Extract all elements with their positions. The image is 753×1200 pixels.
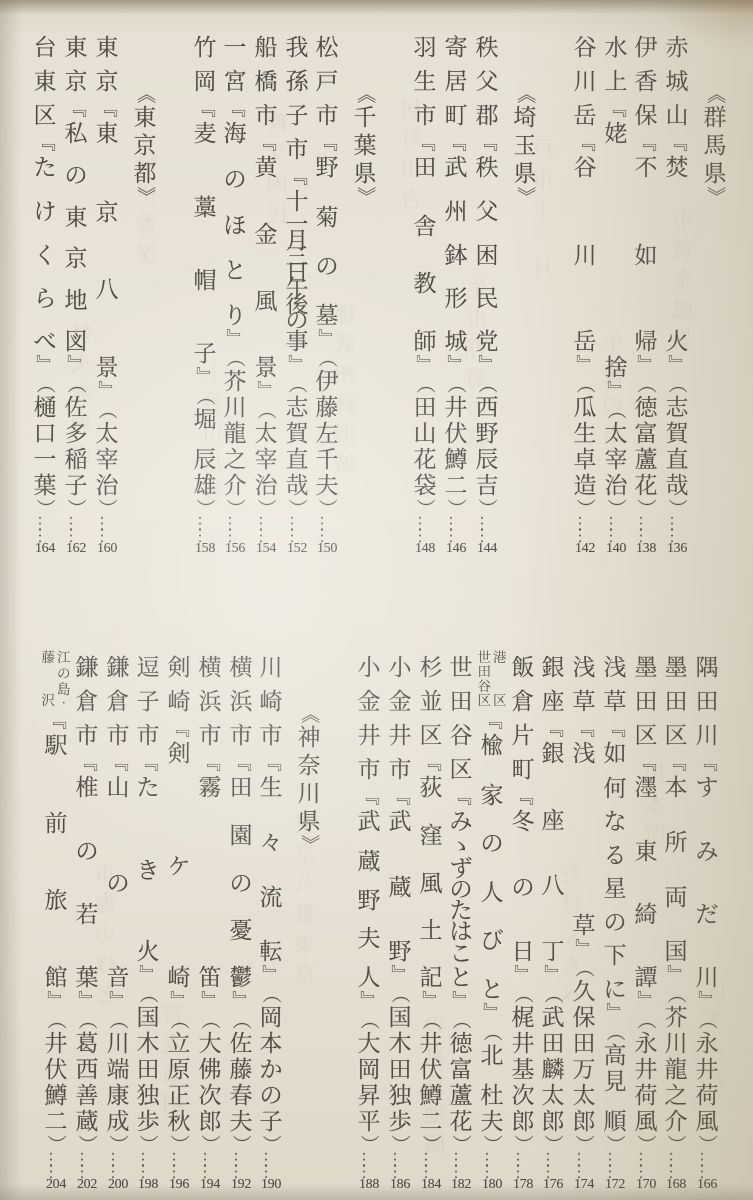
- author-char: 川: [218, 394, 252, 420]
- author-char: 木: [131, 1030, 165, 1056]
- author-char: 鱒: [39, 1082, 73, 1108]
- author-open-paren: （: [421, 1003, 441, 1037]
- toc-entry-152: 我孫子市『十一月三日午後の事』（志賀直哉）……152: [280, 30, 314, 557]
- toc-entry-158: 竹岡『麦藁帽子』（堀辰雄）……158: [188, 30, 222, 557]
- toc-entry-154: 船橋市『黄金風景』（太宰治）……154: [249, 30, 283, 557]
- entry-location-and-title-start: 一宮『海: [218, 30, 252, 148]
- author-char: 杜: [475, 1082, 509, 1108]
- location-char: 田: [444, 684, 478, 718]
- title-char: 金: [249, 221, 283, 248]
- leader-dots: …: [609, 1155, 621, 1189]
- entry-title-spread: の東京地: [59, 148, 93, 328]
- title-open-quote: 『: [667, 125, 687, 159]
- entry-title-spread: 如: [629, 182, 663, 328]
- title-open-quote: 『: [169, 711, 189, 745]
- entry-location-and-title-start: 水上『姥: [599, 30, 633, 148]
- section-header-char: 玉: [514, 131, 537, 159]
- author-char: 田: [131, 1056, 165, 1082]
- toc-entry-146: 寄居町『武州鉢形城』（井伏鱒二）……146: [439, 30, 473, 557]
- author-open-paren: （: [666, 977, 686, 1011]
- author-char: 直: [660, 446, 694, 472]
- author-char: 之: [218, 446, 252, 472]
- title-char: ら: [28, 285, 62, 312]
- location-char: の: [57, 666, 71, 681]
- title-char: 父: [470, 198, 504, 225]
- section-header-char: 埼: [514, 103, 537, 131]
- toc-entry-138: 伊香保『不如帰』（徳富蘆花）……138: [629, 30, 663, 557]
- leader-dots: …: [101, 519, 113, 553]
- author-open-paren: （: [77, 1003, 97, 1037]
- author-open-paren: （: [451, 1003, 471, 1037]
- author-char: 次: [506, 1082, 540, 1108]
- title-char: 流: [254, 884, 288, 911]
- entry-author-and-page: 野』（国木田独歩）……186: [383, 938, 417, 1193]
- title-char: 帽: [188, 267, 222, 294]
- title-char: 鉢: [439, 242, 473, 269]
- author-char: 太: [567, 1082, 601, 1108]
- title-char: 東: [59, 204, 93, 231]
- entry-location-and-title-start: 竹岡『麦: [188, 30, 222, 148]
- section-header-char: 京: [134, 131, 157, 159]
- entry-author-and-page: 師』（田山花袋）……148: [408, 328, 442, 557]
- author-char: 康: [101, 1082, 135, 1108]
- location-char: 剣: [162, 650, 196, 684]
- author-char: 賀: [280, 420, 314, 446]
- leader-dots: …: [425, 1155, 437, 1189]
- author-open-paren: （: [574, 951, 594, 985]
- entry-title-spread: のほと: [218, 148, 252, 302]
- title-char: の: [218, 166, 252, 193]
- entry-title-spread: けくら: [28, 182, 62, 328]
- location-char: 小: [352, 650, 386, 684]
- author-open-paren: （: [359, 1003, 379, 1037]
- author-char: 賀: [660, 420, 694, 446]
- author-char: 稲: [59, 446, 93, 472]
- location-two-part: 港区世田谷区: [478, 650, 507, 708]
- author-char: 荷: [690, 1082, 724, 1108]
- leader-dots: …: [235, 1155, 247, 1189]
- location-part: 世田谷区: [478, 650, 492, 708]
- location-char: 香: [629, 64, 663, 98]
- author-open-paren: （: [225, 341, 245, 375]
- entry-author-and-page: 帰』（徳富蘆花）……138: [629, 328, 663, 557]
- leader-dots: …: [199, 519, 211, 553]
- location-char: 逗: [131, 650, 165, 684]
- location-char: 横: [193, 650, 227, 684]
- title-open-quote: 『: [575, 125, 595, 159]
- title-char: 々: [254, 829, 288, 856]
- entry-location-and-title-start: 川崎市『生: [254, 650, 288, 802]
- title-open-quote: 『: [636, 745, 656, 779]
- leader-dots: …: [455, 1155, 467, 1189]
- entry-location-and-title-start: 銀座『銀: [536, 650, 570, 768]
- author-char: 鱒: [439, 446, 473, 472]
- title-char: の: [280, 312, 314, 328]
- title-char: 窪: [414, 822, 448, 849]
- title-open-quote: 『: [66, 91, 86, 125]
- title-char: 風: [414, 870, 448, 897]
- section-header-char: 県: [354, 159, 377, 187]
- title-char: 困: [470, 242, 504, 269]
- author-char: 本: [254, 1030, 288, 1056]
- author-char: 富: [629, 420, 663, 446]
- entry-location-and-title-start: 浅草『浅: [567, 650, 601, 768]
- entry-author-and-page: と』（北杜夫）……180: [475, 976, 509, 1193]
- author-char: 千: [310, 446, 344, 472]
- author-char: 伏: [439, 420, 473, 446]
- location-char: 川: [568, 64, 602, 98]
- section-header-char: 千: [354, 103, 377, 131]
- entry-author-and-page: 日』（梶井基次郎）……178: [506, 938, 540, 1193]
- location-part: 港区: [493, 650, 507, 708]
- author-char: 卓: [568, 446, 602, 472]
- entry-location-and-title-start: 小金井市『武: [383, 650, 417, 836]
- title-char: 座: [536, 807, 570, 834]
- author-open-paren: （: [575, 367, 595, 401]
- location-char: 浅: [598, 650, 632, 684]
- author-char: 一: [28, 446, 62, 472]
- title-char: 野: [352, 887, 386, 914]
- title-char: 風: [249, 288, 283, 315]
- title-char: 何: [598, 775, 632, 802]
- section-header-tokyo: 《東京都》: [134, 85, 157, 205]
- author-char: 辰: [188, 446, 222, 472]
- title-char: 東: [629, 838, 663, 865]
- title-open-quote: 『: [390, 779, 410, 813]
- entry-location-and-title-start: 剣崎『剣: [162, 650, 196, 768]
- entry-location-and-title-start: 船橋市『黄: [249, 30, 283, 182]
- location-char: 江: [57, 650, 71, 665]
- section-column-chiba: 《千葉県》: [348, 30, 382, 557]
- section-open-bracket: 《: [136, 83, 154, 106]
- entry-author-and-page: 景』（太宰治）……160: [90, 354, 124, 557]
- title-char: と: [218, 257, 252, 284]
- author-open-paren: （: [46, 1003, 66, 1037]
- toc-entry-186: 小金井市『武蔵野』（国木田独歩）……186: [383, 650, 417, 1193]
- location-char: 横: [224, 650, 258, 684]
- section-column-gunma: 《群馬県》: [698, 30, 732, 557]
- section-close-bracket: 》: [356, 185, 374, 208]
- section-header-char: 群: [704, 103, 727, 131]
- entry-title-spread: 一月三日午後の: [280, 216, 314, 328]
- entry-author-and-page: 草』（久保田万太郎）……174: [567, 912, 601, 1193]
- author-char: 木: [383, 1030, 417, 1056]
- title-open-quote: 『: [606, 91, 626, 125]
- entry-title-spread: の: [101, 802, 135, 964]
- toc-entry-172: 浅草『如何なる星の下に』（高見順）……172: [598, 650, 632, 1193]
- location-char: 並: [414, 684, 448, 718]
- author-char: 西: [70, 1056, 104, 1082]
- toc-entry-150: 松戸市『野菊の墓』（伊藤左千夫）……150: [310, 30, 344, 557]
- title-open-quote: 『: [225, 91, 245, 125]
- location-char: 杉: [414, 650, 448, 684]
- entry-title-spread: 蔵: [383, 836, 417, 938]
- location-char: 銀: [536, 650, 570, 684]
- author-open-paren: （: [390, 977, 410, 1011]
- author-char: 野: [470, 420, 504, 446]
- entry-location-and-title-start: 港区世田谷区『楡: [475, 650, 509, 760]
- author-char: 井: [690, 1056, 724, 1082]
- location-char: 我: [280, 30, 314, 64]
- title-open-quote: 『: [261, 745, 281, 779]
- author-open-paren: （: [477, 367, 497, 401]
- author-char: 基: [506, 1056, 540, 1082]
- section-column-saitama: 《埼玉県》: [508, 30, 542, 557]
- leader-dots: …: [450, 519, 462, 553]
- section-header-char: 東: [134, 103, 157, 131]
- entry-location-and-title-start: 寄居町『武: [439, 30, 473, 182]
- location-char: 崎: [254, 684, 288, 718]
- toc-entry-194: 横浜市『霧笛』（大佛次郎）……194: [193, 650, 227, 1193]
- author-open-paren: （: [66, 367, 86, 401]
- entry-title-spread: 川: [568, 182, 602, 328]
- author-open-paren: （: [606, 393, 626, 427]
- title-char: 川: [568, 242, 602, 269]
- leader-dots: …: [321, 519, 333, 553]
- entry-title-spread: 座八: [536, 768, 570, 938]
- location-char: 秩: [470, 30, 504, 64]
- entry-location-and-title-start: 墨田区『本: [659, 650, 693, 802]
- author-char: 藤: [224, 1056, 258, 1082]
- title-open-quote: 『: [108, 745, 128, 779]
- title-open-quote: 『: [97, 91, 117, 125]
- author-char: 宰: [249, 446, 283, 472]
- author-char: 宰: [90, 446, 124, 472]
- title-char: 如: [629, 242, 663, 269]
- toc-entry-204: 江の島・藤沢『駅前旅館』（井伏鱒二）……204: [39, 650, 73, 1193]
- title-char: ほ: [218, 212, 252, 239]
- toc-entry-168: 墨田区『本所両国』（芥川龍之介）……168: [659, 650, 693, 1193]
- section-header-char: 都: [134, 159, 157, 187]
- leader-dots: …: [394, 1155, 406, 1189]
- toc-entry-188: 小金井市『武蔵野夫人』（大岡昇平）……188: [352, 650, 386, 1193]
- entry-author-and-page: 転』（岡本かの子）……190: [254, 938, 288, 1193]
- author-char: 荷: [629, 1082, 663, 1108]
- location-char: 金: [383, 684, 417, 718]
- location-char: 城: [660, 64, 694, 98]
- title-char: の: [475, 830, 509, 857]
- entry-title-spread: 何なる星の下: [598, 768, 632, 976]
- toc-entry-200: 鎌倉市『山の音』（川端康成）……200: [101, 650, 135, 1193]
- author-open-paren: （: [667, 367, 687, 401]
- author-char: 山: [408, 420, 442, 446]
- title-char: 民: [470, 285, 504, 312]
- title-open-quote: 『: [77, 745, 97, 779]
- section-header-char: 神: [298, 723, 321, 751]
- entry-title-spread: 園の憂: [224, 802, 258, 964]
- title-open-quote: 『: [513, 779, 533, 813]
- location-char: 谷: [444, 718, 478, 752]
- location-char: 鎌: [70, 650, 104, 684]
- entry-author-and-page: 火』（国木田独歩）……198: [131, 938, 165, 1193]
- entry-location-and-title-start: 秩父郡『秩: [470, 30, 504, 182]
- entry-location-and-title-start: 杉並区『荻: [414, 650, 448, 802]
- author-open-paren: （: [195, 379, 215, 413]
- entry-location-and-title-start: 鎌倉市『山: [101, 650, 135, 802]
- title-char: だ: [690, 901, 724, 928]
- author-open-paren: （: [317, 341, 337, 375]
- toc-entry-140: 水上『姥捨』（太宰治）……140: [599, 30, 633, 557]
- title-char: の: [310, 253, 344, 280]
- section-header-char: 県: [514, 159, 537, 187]
- author-char: 正: [162, 1082, 196, 1108]
- title-char: き: [131, 857, 165, 884]
- title-open-quote: 『: [605, 711, 625, 745]
- title-char: 八: [90, 276, 124, 303]
- entry-author-and-page: 鬱』（佐藤春夫）……192: [224, 964, 258, 1193]
- entry-title-spread: [193, 802, 227, 964]
- leader-dots: …: [670, 1155, 682, 1189]
- leader-dots: …: [363, 1155, 375, 1189]
- location-char: 孫: [280, 64, 314, 98]
- location-char: 隅: [690, 650, 724, 684]
- title-char: 所: [659, 829, 693, 856]
- title-char: ず: [444, 857, 478, 878]
- section-close-bracket: 》: [516, 185, 534, 208]
- location-char: 田: [629, 684, 663, 718]
- entry-title-spread: 窪風土: [414, 802, 448, 964]
- author-char: 直: [280, 446, 314, 472]
- author-open-paren: （: [169, 1003, 189, 1037]
- author-char: の: [254, 1082, 288, 1108]
- title-char: 蔵: [352, 848, 386, 875]
- location-char: 父: [470, 64, 504, 98]
- location-char: 赤: [660, 30, 694, 64]
- title-open-quote: 『: [446, 125, 466, 159]
- title-open-quote: 『: [200, 745, 220, 779]
- toc-entry-192: 横浜市『田園の憂鬱』（佐藤春夫）……192: [224, 650, 258, 1193]
- author-name-space: [188, 432, 222, 446]
- author-char: 口: [28, 420, 62, 446]
- title-char: の: [444, 879, 478, 900]
- toc-entry-144: 秩父郡『秩父困民党』（西野辰吉）……144: [470, 30, 504, 557]
- author-open-paren: （: [446, 367, 466, 401]
- entry-title-spread: 舎教: [408, 182, 442, 328]
- title-open-quote: 『: [415, 125, 435, 159]
- author-char: 万: [567, 1056, 601, 1082]
- entry-title-spread: みだ: [690, 802, 724, 964]
- author-open-paren: （: [138, 977, 158, 1011]
- entry-title-spread: ゝずのたはこ: [444, 836, 478, 964]
- title-char: 両: [659, 884, 693, 911]
- entry-location-and-title-start: 隅田川『す: [690, 650, 724, 802]
- author-char: 井: [629, 1056, 663, 1082]
- title-open-quote: 『: [138, 745, 158, 779]
- location-char: 井: [383, 718, 417, 752]
- location-char: 倉: [506, 684, 540, 718]
- leader-dots: …: [291, 519, 303, 553]
- title-char: 形: [439, 285, 473, 312]
- location-char: 竹: [188, 30, 222, 64]
- entry-author-and-page: 景』（太宰治）……154: [249, 354, 283, 557]
- title-char: の: [598, 909, 632, 936]
- entry-location-and-title-start: 江の島・藤沢『駅: [39, 650, 73, 760]
- title-char: 家: [475, 782, 509, 809]
- author-char: 宰: [599, 446, 633, 472]
- entry-author-and-page: 図』（佐多稲子）……162: [59, 328, 93, 557]
- entry-location-and-title-start: 鎌倉市『椎: [70, 650, 104, 802]
- title-char: の: [101, 870, 135, 897]
- title-char: の: [70, 838, 104, 865]
- author-char: 之: [659, 1082, 693, 1108]
- toc-entry-136: 赤城山『焚火』（志賀直哉）……136: [660, 30, 694, 557]
- author-char: 見: [598, 1068, 632, 1094]
- title-char: 八: [536, 872, 570, 899]
- entry-title-spread: 菊の: [310, 182, 344, 302]
- title-open-quote: 『: [451, 779, 471, 813]
- entry-location-and-title-start: 伊香保『不: [629, 30, 663, 182]
- leader-dots: …: [229, 519, 241, 553]
- location-char: 飯: [506, 650, 540, 684]
- section-open-bracket: 《: [300, 703, 318, 726]
- location-char: 田: [690, 684, 724, 718]
- entry-location-and-title-start: 浅草『如: [598, 650, 632, 768]
- title-char: 地: [59, 287, 93, 314]
- entry-author-and-page: 人』（大岡昇平）……188: [352, 964, 386, 1193]
- entry-author-and-page: と』（徳富蘆花）……182: [444, 964, 478, 1193]
- location-char: 東: [90, 30, 124, 64]
- entry-author-and-page: 党』（西野辰吉）……144: [470, 328, 504, 557]
- leader-dots: …: [701, 1155, 713, 1189]
- location-char: 倉: [101, 684, 135, 718]
- section-close-bracket: 》: [300, 833, 318, 856]
- entry-title-spread: 父困民: [470, 182, 504, 328]
- title-char: の: [506, 874, 540, 901]
- toc-entry-184: 杉並区『荻窪風土記』（井伏鱒二）……184: [414, 650, 448, 1193]
- title-open-quote: 『: [256, 125, 276, 159]
- author-char: 善: [70, 1082, 104, 1108]
- leader-dots: …: [579, 519, 591, 553]
- leader-dots: …: [173, 1155, 185, 1189]
- location-char: 島: [57, 683, 71, 698]
- location-char: 伊: [629, 30, 663, 64]
- title-open-quote: 『: [317, 125, 337, 159]
- section-header-kanagawa: 《神奈川県》: [298, 705, 321, 853]
- section-column-kanagawa: 《神奈川県》: [292, 650, 326, 1193]
- toc-entry-180: 港区世田谷区『楡家の人びと』（北杜夫）……180: [475, 650, 509, 1193]
- title-char: は: [444, 921, 478, 942]
- entry-title-spread: 前旅: [39, 760, 73, 964]
- title-char: 夫: [352, 925, 386, 952]
- top-edge-shading: [0, 0, 753, 14]
- leader-dots: …: [419, 519, 431, 553]
- location-char: 子: [280, 98, 314, 132]
- entry-location-and-title-start: 墨田区『濹: [629, 650, 663, 802]
- location-char: 松: [310, 30, 344, 64]
- toc-entry-176: 銀座『銀座八丁』（武田麟太郎）……176: [536, 650, 570, 1193]
- toc-entry-164: 台東区『たけくらべ』（樋口一葉）……164: [28, 30, 62, 557]
- title-char: 蔵: [383, 874, 417, 901]
- title-char: 菊: [310, 204, 344, 231]
- entry-author-and-page: 丁』（武田麟太郎）……176: [536, 938, 570, 1193]
- entry-location-and-title-start: 赤城山『焚: [660, 30, 694, 182]
- location-char: 生: [408, 64, 442, 98]
- leader-dots: …: [671, 519, 683, 553]
- location-char: 墨: [629, 650, 663, 684]
- author-char: 多: [59, 420, 93, 446]
- author-open-paren: （: [636, 367, 656, 401]
- entry-location-and-title-start: 横浜市『霧: [193, 650, 227, 802]
- entry-title-spread: 蔵野夫: [352, 836, 386, 964]
- location-part: 江の島・: [57, 650, 71, 708]
- leader-dots: …: [204, 1155, 216, 1189]
- author-name-space: [475, 1068, 509, 1082]
- location-char: 世: [478, 650, 492, 665]
- section-header-char: 葉: [354, 131, 377, 159]
- section-header-char: 馬: [704, 131, 727, 159]
- author-open-paren: （: [543, 977, 563, 1011]
- entry-title-spread: 金風: [249, 182, 283, 354]
